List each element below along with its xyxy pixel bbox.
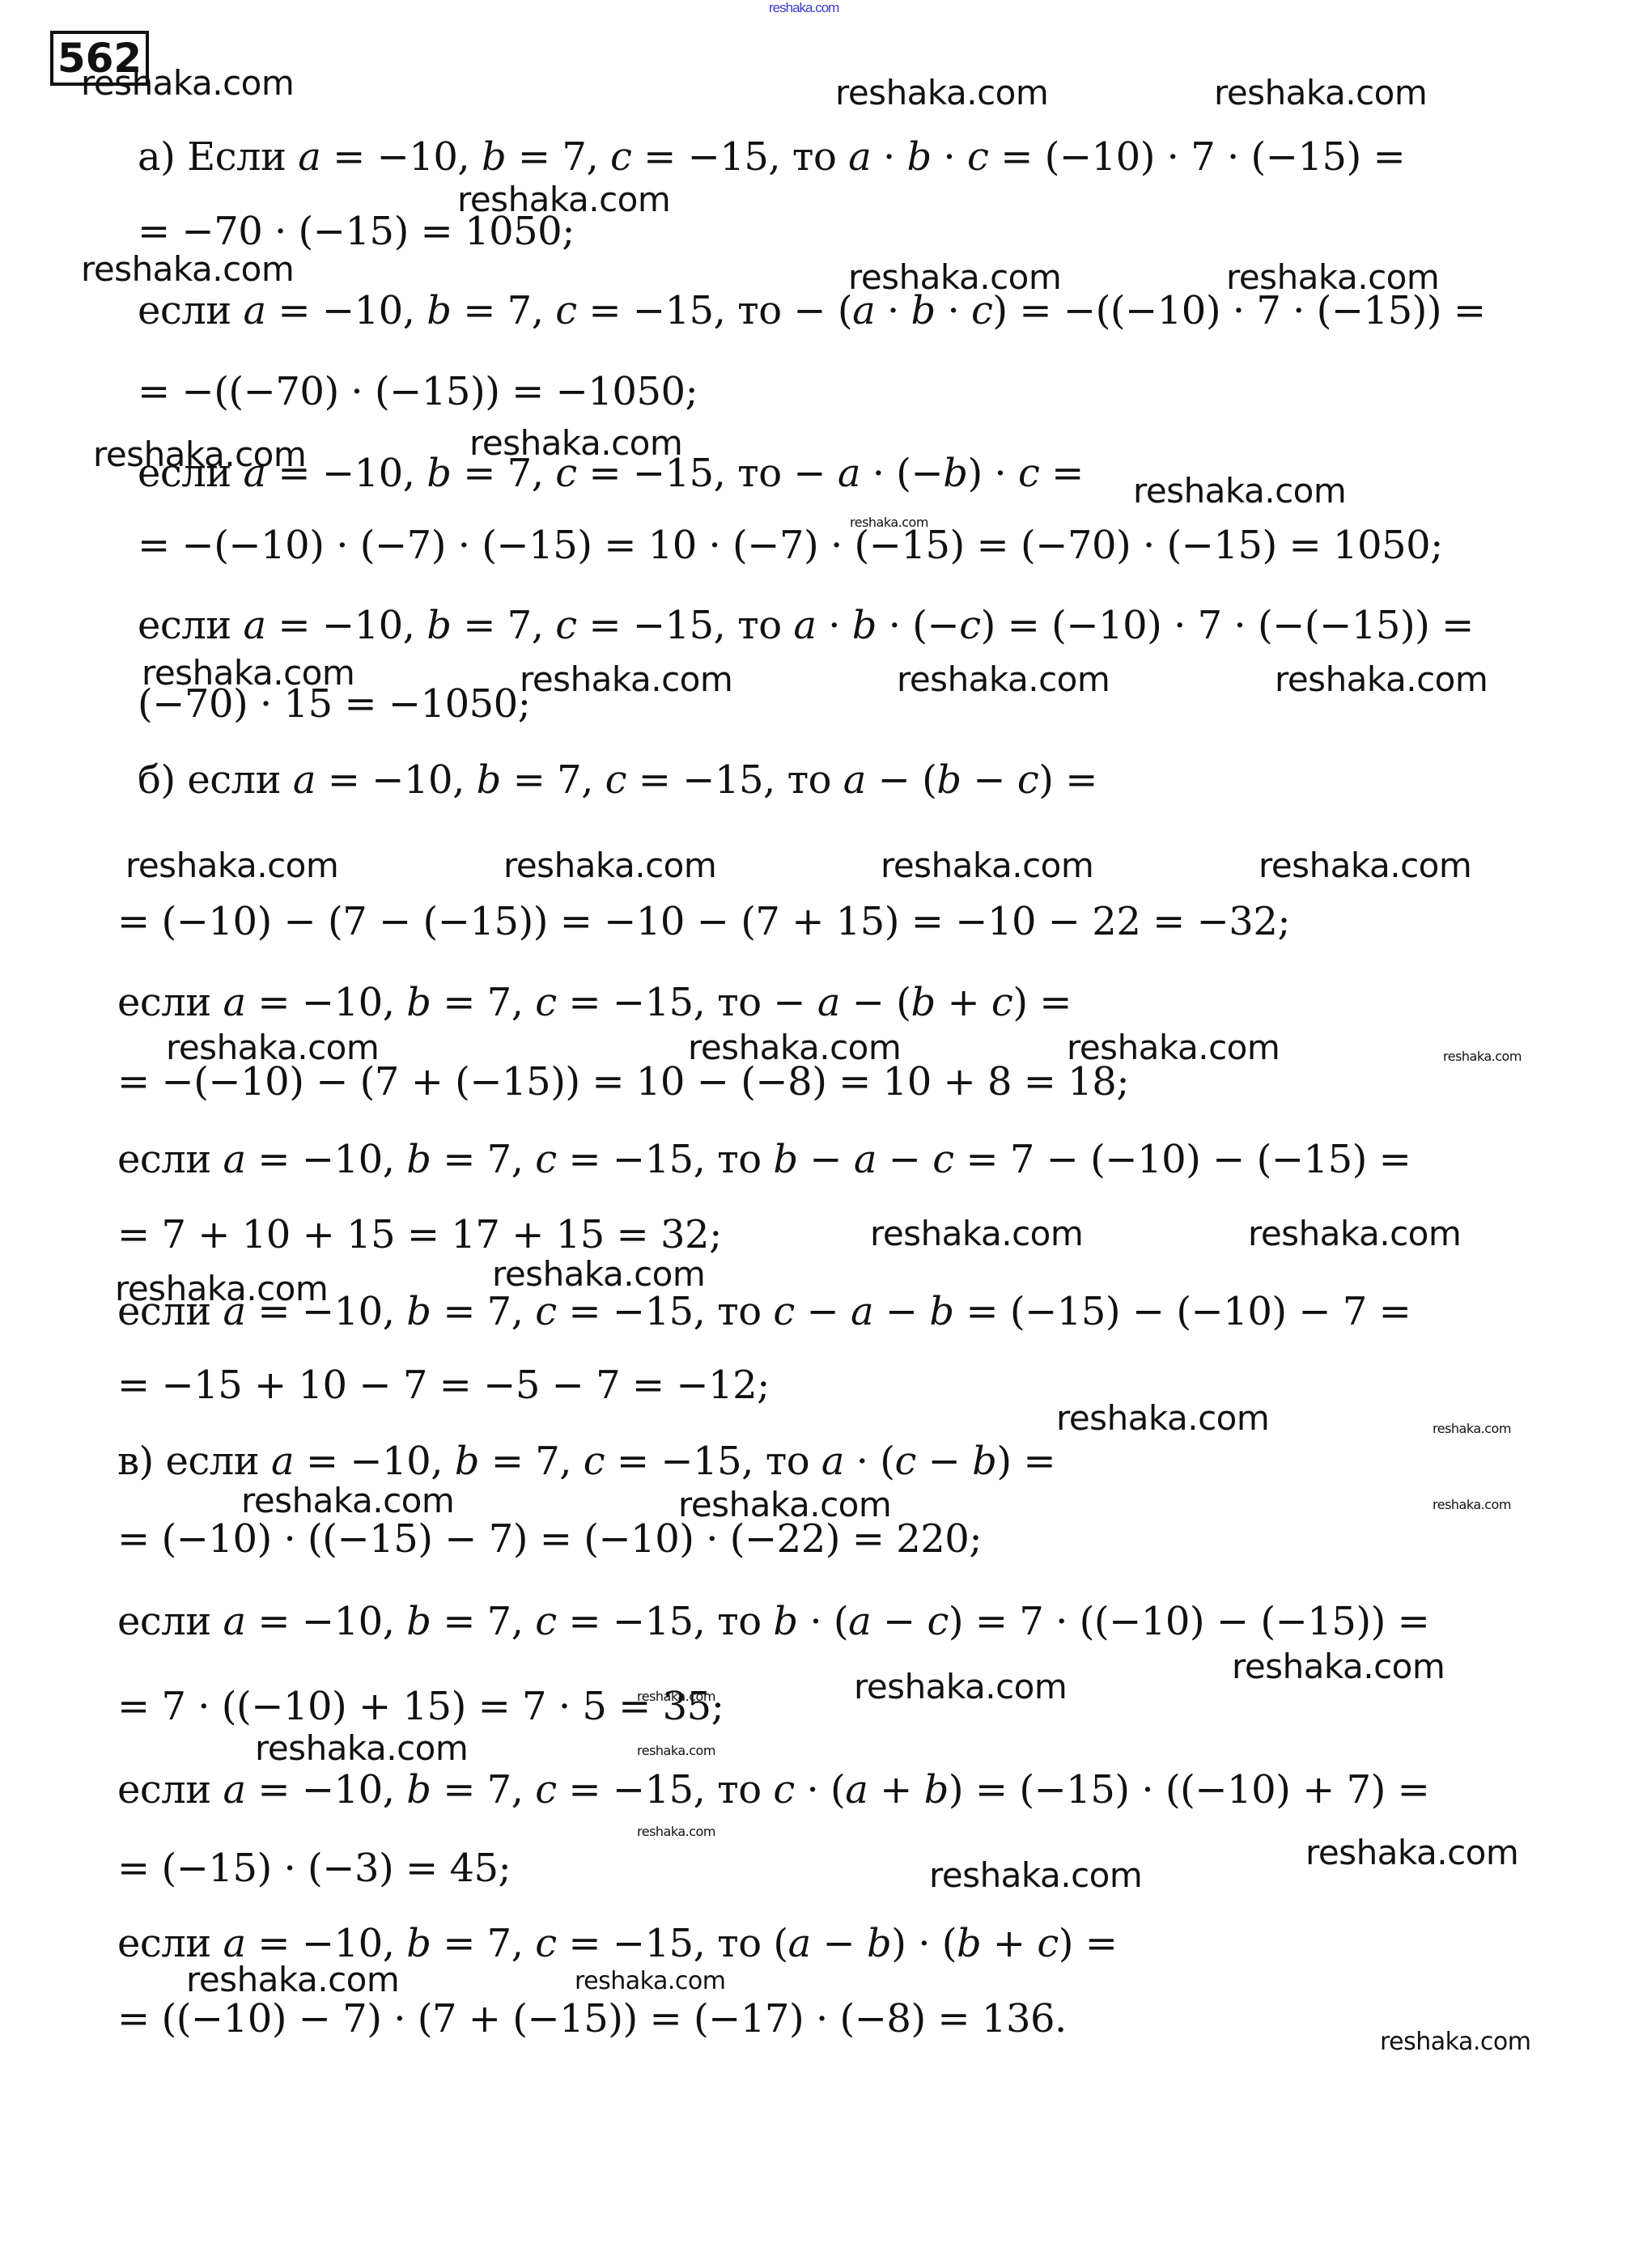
watermark: reshaka.com (1275, 663, 1488, 697)
watermark: reshaka.com (1056, 1401, 1269, 1435)
watermark: reshaka.com (1433, 1422, 1511, 1435)
watermark: reshaka.com (637, 1744, 715, 1757)
solution-line-a7: если a = −10, b = 7, c = −15, то a · b ·… (138, 606, 1474, 645)
solution-line-c6: = (−15) · (−3) = 45; (117, 1849, 511, 1888)
watermark: reshaka.com (850, 516, 928, 529)
solution-line-b4: = −(−10) − (7 + (−15)) = 10 − (−8) = 10 … (117, 1062, 1129, 1101)
watermark: reshaka.com (881, 849, 1093, 883)
watermark: reshaka.com (835, 76, 1048, 110)
watermark: reshaka.com (93, 438, 306, 472)
watermark: reshaka.com (125, 849, 338, 883)
site-watermark-top: reshaka.com (769, 0, 838, 16)
solution-line-b2: = (−10) − (7 − (−15)) = −10 − (7 + 15) =… (117, 902, 1290, 941)
watermark: reshaka.com (142, 656, 354, 690)
watermark: reshaka.com (255, 1732, 468, 1766)
watermark: reshaka.com (870, 1217, 1083, 1251)
watermark: reshaka.com (81, 252, 294, 286)
watermark: reshaka.com (1433, 1499, 1511, 1511)
solution-line-a6: = −(−10) · (−7) · (−15) = 10 · (−7) · (−… (138, 526, 1443, 565)
watermark: reshaka.com (848, 261, 1061, 295)
watermark: reshaka.com (854, 1670, 1067, 1704)
watermark: reshaka.com (637, 1690, 715, 1703)
watermark: reshaka.com (1248, 1217, 1461, 1251)
solution-line-c4: = 7 · ((−10) + 15) = 7 · 5 = 35; (117, 1687, 724, 1726)
watermark: reshaka.com (897, 663, 1110, 697)
solution-line-b5: если a = −10, b = 7, c = −15, то b − a −… (117, 1140, 1411, 1179)
watermark: reshaka.com (1443, 1050, 1522, 1063)
solution-line-c3: если a = −10, b = 7, c = −15, то b · (a … (117, 1602, 1429, 1641)
watermark: reshaka.com (241, 1484, 454, 1518)
watermark: reshaka.com (1133, 474, 1346, 508)
watermark: reshaka.com (1305, 1836, 1518, 1870)
solution-line-c1: в) если a = −10, b = 7, c = −15, то a · … (117, 1442, 1055, 1481)
watermark: reshaka.com (575, 1969, 726, 1994)
watermark: reshaka.com (1067, 1031, 1280, 1065)
watermark: reshaka.com (492, 1257, 705, 1291)
watermark: reshaka.com (115, 1272, 328, 1306)
watermark: reshaka.com (520, 663, 732, 697)
solution-line-b3: если a = −10, b = 7, c = −15, то − a − (… (117, 983, 1072, 1022)
solution-line-c7: если a = −10, b = 7, c = −15, то (a − b)… (117, 1924, 1118, 1963)
watermark: reshaka.com (929, 1859, 1142, 1893)
solution-line-a3: если a = −10, b = 7, c = −15, то − (a · … (138, 291, 1486, 330)
watermark: reshaka.com (166, 1031, 379, 1065)
solution-line-b8: = −15 + 10 − 7 = −5 − 7 = −12; (117, 1366, 770, 1405)
watermark: reshaka.com (1380, 2030, 1531, 2054)
solution-line-b1: б) если a = −10, b = 7, c = −15, то a − … (138, 761, 1097, 799)
watermark: reshaka.com (1232, 1650, 1445, 1684)
solution-line-c5: если a = −10, b = 7, c = −15, то c · (a … (117, 1770, 1429, 1809)
watermark: reshaka.com (81, 66, 294, 100)
watermark: reshaka.com (1214, 76, 1427, 110)
watermark: reshaka.com (457, 183, 670, 217)
solution-line-a4: = −((−70) · (−15)) = −1050; (138, 372, 698, 411)
watermark: reshaka.com (469, 426, 682, 460)
watermark: reshaka.com (1259, 849, 1471, 883)
solution-line-a1: а) Если a = −10, b = 7, c = −15, то a · … (138, 138, 1405, 176)
watermark: reshaka.com (1226, 261, 1439, 295)
watermark: reshaka.com (678, 1488, 891, 1522)
watermark: reshaka.com (186, 1963, 399, 1997)
solution-line-c8: = ((−10) − 7) · (7 + (−15)) = (−17) · (−… (117, 1999, 1067, 2038)
watermark: reshaka.com (637, 1825, 715, 1838)
watermark: reshaka.com (503, 849, 716, 883)
solution-line-c2: = (−10) · ((−15) − 7) = (−10) · (−22) = … (117, 1520, 982, 1558)
solution-line-b6: = 7 + 10 + 15 = 17 + 15 = 32; (117, 1215, 722, 1254)
watermark: reshaka.com (688, 1031, 901, 1065)
